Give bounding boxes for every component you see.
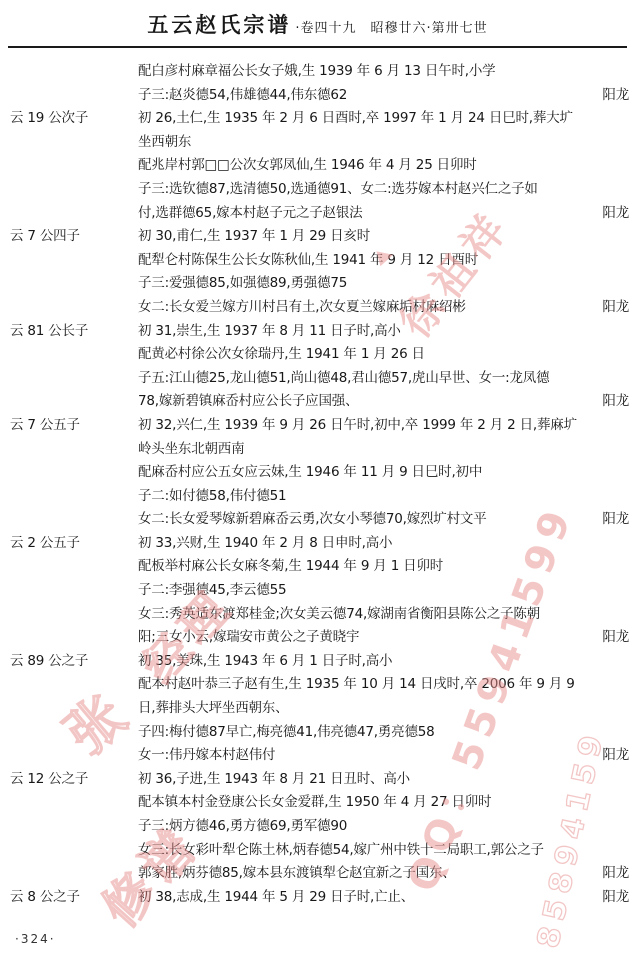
genealogy-entry: 云 19 公次子初 26,土仁,生 1935 年 2 月 6 日酉时,卒 199… (10, 107, 629, 225)
entry-line-text: 阳;三女小云,嫁瑞安市黄公之子黄晓宇 (138, 626, 359, 650)
page-header: 五云赵氏宗谱·卷四十九 昭穆廿六·第卅七世 (0, 0, 635, 39)
entry-line-text: 78,嫁新碧镇麻岙村应公长子应国强、 (138, 390, 358, 414)
generation-label: 云 7 公五子 (10, 414, 138, 532)
entry-line: 子三:炳方德46,勇方德69,勇军德90 (138, 815, 629, 839)
entry-line-text: 女二:长女爱琴嫁新碧麻岙云勇,次女小琴德70,嫁烈圹村文平 (138, 508, 487, 532)
generation-label: 云 81 公长子 (10, 320, 138, 414)
entry-line-text: 女一:伟丹嫁本村赵伟付 (138, 744, 275, 768)
entry-line: 配黄必村徐公次女徐瑞丹,生 1941 年 1 月 26 日 (138, 343, 629, 367)
entry-line-text: 女三:长女彩叶犁仑陈土林,炳春德54,嫁广州中铁十二局职工,郭公之子 (138, 839, 544, 863)
genealogy-page: 五云赵氏宗谱·卷四十九 昭穆廿六·第卅七世 配白彦村麻章福公长女子娥,生 193… (0, 0, 635, 968)
entry-line: 配本村赵叶恭三子赵有生,生 1935 年 10 月 14 日戌时,卒 2006 … (138, 673, 629, 697)
entry-line: 女二:长女爱兰嫁方川村吕有土,次女夏兰嫁麻垢村麻绍彬阳龙 (138, 296, 629, 320)
generation-label: 云 89 公之子 (10, 650, 138, 768)
volume-subtitle: ·卷四十九 昭穆廿六·第卅七世 (295, 21, 487, 36)
entry-line-text: 配兆岸村郭□□公次女郭凤仙,生 1946 年 4 月 25 日卯时 (138, 154, 477, 178)
entry-line-text: 子三:炳方德46,勇方德69,勇军德90 (138, 815, 347, 839)
entry-line: 子三:爱强德85,如强德89,勇强德75 (138, 272, 629, 296)
entry-line-text: 初 38,志成,生 1944 年 5 月 29 日子时,亡止、 (138, 886, 414, 910)
genealogy-entry: 云 8 公之子初 38,志成,生 1944 年 5 月 29 日子时,亡止、阳龙 (10, 886, 629, 910)
entry-line: 初 35,美珠,生 1943 年 6 月 1 日子时,高小 (138, 650, 629, 674)
entry-line-text: 配麻岙村应公五女应云妹,生 1946 年 11 月 9 日巳时,初中 (138, 461, 482, 485)
entry-line: 郭家胜,炳芬德85,嫁本县东渡镇犁仑赵宜新之子国东、阳龙 (138, 862, 629, 886)
branch-marker: 阳龙 (592, 886, 629, 910)
entry-line: 子三:选钦德87,选清德50,选通德91、女二:选芬嫁本村赵兴仁之子如 (138, 178, 629, 202)
entry-line-text: 女三:秀英适东渡郑桂金;次女美云德74,嫁湖南省衡阳县陈公之子陈朝 (138, 603, 540, 627)
entry-line-text: 初 32,兴仁,生 1939 年 9 月 26 日午时,初中,卒 1999 年 … (138, 414, 577, 438)
genealogy-entry: 云 89 公之子初 35,美珠,生 1943 年 6 月 1 日子时,高小配本村… (10, 650, 629, 768)
entry-line: 配犁仑村陈保生公长女陈秋仙,生 1941 年 9 月 12 日酉时 (138, 249, 629, 273)
entry-line-text: 初 26,土仁,生 1935 年 2 月 6 日酉时,卒 1997 年 1 月 … (138, 107, 573, 131)
page-number: ·324· (15, 932, 56, 946)
entry-line: 子五:江山德25,龙山德51,尚山德48,君山德57,虎山早世、女一:龙凤德 (138, 367, 629, 391)
generation-label: 云 19 公次子 (10, 107, 138, 225)
entry-line-text: 初 35,美珠,生 1943 年 6 月 1 日子时,高小 (138, 650, 392, 674)
entry-line-text: 子五:江山德25,龙山德51,尚山德48,君山德57,虎山早世、女一:龙凤德 (138, 367, 549, 391)
entry-line: 配白彦村麻章福公长女子娥,生 1939 年 6 月 13 日午时,小学 (138, 60, 629, 84)
branch-marker: 阳龙 (592, 626, 629, 650)
entry-line: 配麻岙村应公五女应云妹,生 1946 年 11 月 9 日巳时,初中 (138, 461, 629, 485)
entry-line: 初 31,崇生,生 1937 年 8 月 11 日子时,高小 (138, 320, 629, 344)
genealogy-entry: 云 2 公五子初 33,兴财,生 1940 年 2 月 8 日申时,高小配板举村… (10, 532, 629, 650)
entry-line: 子四:梅付德87早亡,梅亮德41,伟亮德47,勇亮德58 (138, 721, 629, 745)
entry-line: 初 30,甫仁,生 1937 年 1 月 29 日亥时 (138, 225, 629, 249)
entry-line: 阳;三女小云,嫁瑞安市黄公之子黄晓宇阳龙 (138, 626, 629, 650)
generation-label: 云 2 公五子 (10, 532, 138, 650)
entry-line-text: 配本镇本村金登康公长女金爱群,生 1950 年 4 月 27 日卯时 (138, 791, 491, 815)
entry-line-text: 初 31,崇生,生 1937 年 8 月 11 日子时,高小 (138, 320, 401, 344)
branch-marker: 阳龙 (592, 508, 629, 532)
genealogy-entry: 配白彦村麻章福公长女子娥,生 1939 年 6 月 13 日午时,小学子三:赵炎… (10, 60, 629, 107)
generation-label: 云 12 公之子 (10, 768, 138, 886)
entry-line: 初 38,志成,生 1944 年 5 月 29 日子时,亡止、阳龙 (138, 886, 629, 910)
entry-line-text: 付,选群德65,嫁本村赵子元之子赵银法 (138, 202, 362, 226)
entry-line: 初 36,子进,生 1943 年 8 月 21 日丑时、高小 (138, 768, 629, 792)
branch-marker: 阳龙 (592, 862, 629, 886)
entry-line: 初 26,土仁,生 1935 年 2 月 6 日酉时,卒 1997 年 1 月 … (138, 107, 629, 131)
entry-line-text: 配黄必村徐公次女徐瑞丹,生 1941 年 1 月 26 日 (138, 343, 425, 367)
genealogy-entries: 配白彦村麻章福公长女子娥,生 1939 年 6 月 13 日午时,小学子三:赵炎… (0, 48, 635, 909)
entry-line: 配板举村麻公长女麻冬菊,生 1944 年 9 月 1 日卯时 (138, 555, 629, 579)
entry-line-text: 配本村赵叶恭三子赵有生,生 1935 年 10 月 14 日戌时,卒 2006 … (138, 673, 575, 697)
entry-line: 女二:长女爱琴嫁新碧麻岙云勇,次女小琴德70,嫁烈圹村文平阳龙 (138, 508, 629, 532)
genealogy-entry: 云 81 公长子初 31,崇生,生 1937 年 8 月 11 日子时,高小配黄… (10, 320, 629, 414)
entry-line-text: 配板举村麻公长女麻冬菊,生 1944 年 9 月 1 日卯时 (138, 555, 443, 579)
branch-marker: 阳龙 (592, 296, 629, 320)
branch-marker: 阳龙 (592, 744, 629, 768)
entry-line-text: 初 33,兴财,生 1940 年 2 月 8 日申时,高小 (138, 532, 392, 556)
entry-line-text: 子二:如付德58,伟付德51 (138, 485, 286, 509)
generation-label (10, 60, 138, 107)
entry-line: 女一:伟丹嫁本村赵伟付阳龙 (138, 744, 629, 768)
entry-line-text: 子四:梅付德87早亡,梅亮德41,伟亮德47,勇亮德58 (138, 721, 435, 745)
entry-line: 子二:如付德58,伟付德51 (138, 485, 629, 509)
entry-line-text: 子二:李强德45,李云德55 (138, 579, 286, 603)
generation-label: 云 7 公四子 (10, 225, 138, 319)
entry-line-text: 子三:选钦德87,选清德50,选通德91、女二:选芬嫁本村赵兴仁之子如 (138, 178, 538, 202)
entry-line: 岭头坐东北朝西南 (138, 438, 629, 462)
entry-line: 配本镇本村金登康公长女金爱群,生 1950 年 4 月 27 日卯时 (138, 791, 629, 815)
entry-line-text: 郭家胜,炳芬德85,嫁本县东渡镇犁仑赵宜新之子国东、 (138, 862, 456, 886)
genealogy-entry: 云 7 公四子初 30,甫仁,生 1937 年 1 月 29 日亥时配犁仑村陈保… (10, 225, 629, 319)
genealogy-entry: 云 12 公之子初 36,子进,生 1943 年 8 月 21 日丑时、高小配本… (10, 768, 629, 886)
branch-marker: 阳龙 (592, 202, 629, 226)
entry-line-text: 初 36,子进,生 1943 年 8 月 21 日丑时、高小 (138, 768, 410, 792)
book-title: 五云赵氏宗谱 (147, 13, 291, 37)
entry-line-text: 配白彦村麻章福公长女子娥,生 1939 年 6 月 13 日午时,小学 (138, 60, 495, 84)
entry-line: 初 33,兴财,生 1940 年 2 月 8 日申时,高小 (138, 532, 629, 556)
entry-line-text: 配犁仑村陈保生公长女陈秋仙,生 1941 年 9 月 12 日酉时 (138, 249, 478, 273)
branch-marker: 阳龙 (592, 84, 629, 108)
entry-line: 子二:李强德45,李云德55 (138, 579, 629, 603)
entry-line-text: 初 30,甫仁,生 1937 年 1 月 29 日亥时 (138, 225, 370, 249)
entry-line: 初 32,兴仁,生 1939 年 9 月 26 日午时,初中,卒 1999 年 … (138, 414, 629, 438)
entry-line-text: 女二:长女爱兰嫁方川村吕有土,次女夏兰嫁麻垢村麻绍彬 (138, 296, 466, 320)
entry-line: 女三:秀英适东渡郑桂金;次女美云德74,嫁湖南省衡阳县陈公之子陈朝 (138, 603, 629, 627)
branch-marker: 阳龙 (592, 390, 629, 414)
entry-line: 子三:赵炎德54,伟雄德44,伟东德62阳龙 (138, 84, 629, 108)
entry-line-text: 子三:爱强德85,如强德89,勇强德75 (138, 272, 347, 296)
entry-line: 78,嫁新碧镇麻岙村应公长子应国强、阳龙 (138, 390, 629, 414)
entry-line: 付,选群德65,嫁本村赵子元之子赵银法阳龙 (138, 202, 629, 226)
entry-line: 日,葬排头大坪坐西朝东、 (138, 697, 629, 721)
entry-line: 女三:长女彩叶犁仑陈土林,炳春德54,嫁广州中铁十二局职工,郭公之子 (138, 839, 629, 863)
entry-line-text: 子三:赵炎德54,伟雄德44,伟东德62 (138, 84, 347, 108)
entry-line: 坐西朝东 (138, 131, 629, 155)
entry-line-text: 坐西朝东 (138, 131, 191, 155)
genealogy-entry: 云 7 公五子初 32,兴仁,生 1939 年 9 月 26 日午时,初中,卒 … (10, 414, 629, 532)
entry-line-text: 日,葬排头大坪坐西朝东、 (138, 697, 288, 721)
entry-line-text: 岭头坐东北朝西南 (138, 438, 244, 462)
generation-label: 云 8 公之子 (10, 886, 138, 910)
entry-line: 配兆岸村郭□□公次女郭凤仙,生 1946 年 4 月 25 日卯时 (138, 154, 629, 178)
